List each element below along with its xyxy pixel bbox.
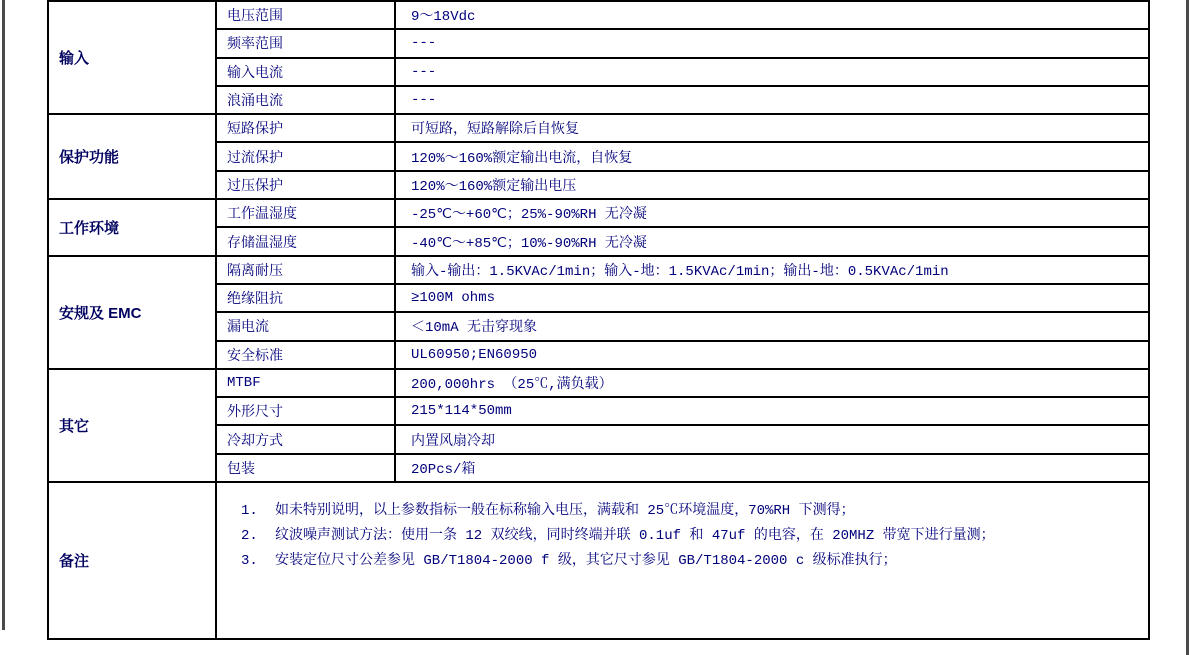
param-cell: 电压范围 [216, 1, 395, 29]
table-row: 其它 MTBF 200,000hrs （25℃,满负载） [48, 369, 1149, 397]
remark-note-1: 1. 如未特别说明，以上参数指标一般在标称输入电压，满载和 25℃环境温度，70… [241, 499, 1138, 524]
value-cell: 输入-输出：1.5KVAc/1min；输入-地：1.5KVAc/1min；输出-… [395, 256, 1149, 284]
table-row: 安规及 EMC 隔离耐压 输入-输出：1.5KVAc/1min；输入-地：1.5… [48, 256, 1149, 284]
spec-table: 输入 电压范围 9～18Vdc 频率范围 --- 输入电流 --- 浪涌电流 -… [47, 0, 1150, 640]
section-label-environment: 工作环境 [48, 199, 216, 256]
note-number: 3. [241, 549, 275, 574]
param-cell: 漏电流 [216, 312, 395, 340]
value-cell: --- [395, 86, 1149, 114]
param-cell: 冷却方式 [216, 425, 395, 453]
param-cell: 短路保护 [216, 114, 395, 142]
note-number: 1. [241, 499, 275, 524]
note-text: 纹波噪声测试方法：使用一条 12 双绞线，同时终端并联 0.1uf 和 47uf… [275, 524, 995, 549]
note-text: 安装定位尺寸公差参见 GB/T1804-2000 f 级，其它尺寸参见 GB/T… [275, 549, 897, 574]
value-cell: 200,000hrs （25℃,满负载） [395, 369, 1149, 397]
param-cell: 安全标准 [216, 341, 395, 369]
value-cell: 120%～160%额定输出电流，自恢复 [395, 142, 1149, 170]
value-cell: 20Pcs/箱 [395, 454, 1149, 482]
section-label-input: 输入 [48, 1, 216, 114]
value-cell: 内置风扇冷却 [395, 425, 1149, 453]
note-text: 如未特别说明，以上参数指标一般在标称输入电压，满载和 25℃环境温度，70%RH… [275, 499, 855, 524]
value-cell: ≥100M ohms [395, 284, 1149, 312]
page-edge-left [2, 0, 5, 630]
param-cell: 过流保护 [216, 142, 395, 170]
value-cell: UL60950;EN60950 [395, 341, 1149, 369]
param-cell: 包装 [216, 454, 395, 482]
value-cell: --- [395, 58, 1149, 86]
value-cell: 215*114*50mm [395, 397, 1149, 425]
param-cell: 过压保护 [216, 171, 395, 199]
value-cell: ＜10mA 无击穿现象 [395, 312, 1149, 340]
param-cell: 频率范围 [216, 29, 395, 57]
param-cell: 工作温湿度 [216, 199, 395, 227]
section-label-others: 其它 [48, 369, 216, 482]
value-cell: 可短路，短路解除后自恢复 [395, 114, 1149, 142]
section-label-protection: 保护功能 [48, 114, 216, 199]
remark-note-3: 3. 安装定位尺寸公差参见 GB/T1804-2000 f 级，其它尺寸参见 G… [241, 549, 1138, 574]
section-label-safety-emc: 安规及 EMC [48, 256, 216, 369]
note-number: 2. [241, 524, 275, 549]
remark-row: 备注 1. 如未特别说明，以上参数指标一般在标称输入电压，满载和 25℃环境温度… [48, 482, 1149, 639]
param-cell: 浪涌电流 [216, 86, 395, 114]
remark-note-2: 2. 纹波噪声测试方法：使用一条 12 双绞线，同时终端并联 0.1uf 和 4… [241, 524, 1138, 549]
remark-notes-cell: 1. 如未特别说明，以上参数指标一般在标称输入电压，满载和 25℃环境温度，70… [216, 482, 1149, 639]
value-cell: 120%～160%额定输出电压 [395, 171, 1149, 199]
value-cell: -25℃～+60℃；25%-90%RH 无冷凝 [395, 199, 1149, 227]
param-cell: MTBF [216, 369, 395, 397]
param-cell: 输入电流 [216, 58, 395, 86]
table-row: 输入 电压范围 9～18Vdc [48, 1, 1149, 29]
table-row: 工作环境 工作温湿度 -25℃～+60℃；25%-90%RH 无冷凝 [48, 199, 1149, 227]
param-cell: 隔离耐压 [216, 256, 395, 284]
value-cell: --- [395, 29, 1149, 57]
value-cell: 9～18Vdc [395, 1, 1149, 29]
param-cell: 存储温湿度 [216, 227, 395, 255]
param-cell: 绝缘阻抗 [216, 284, 395, 312]
param-cell: 外形尺寸 [216, 397, 395, 425]
value-cell: -40℃～+85℃；10%-90%RH 无冷凝 [395, 227, 1149, 255]
table-row: 保护功能 短路保护 可短路，短路解除后自恢复 [48, 114, 1149, 142]
section-label-remark: 备注 [48, 482, 216, 639]
page-edge-right [1186, 0, 1189, 655]
